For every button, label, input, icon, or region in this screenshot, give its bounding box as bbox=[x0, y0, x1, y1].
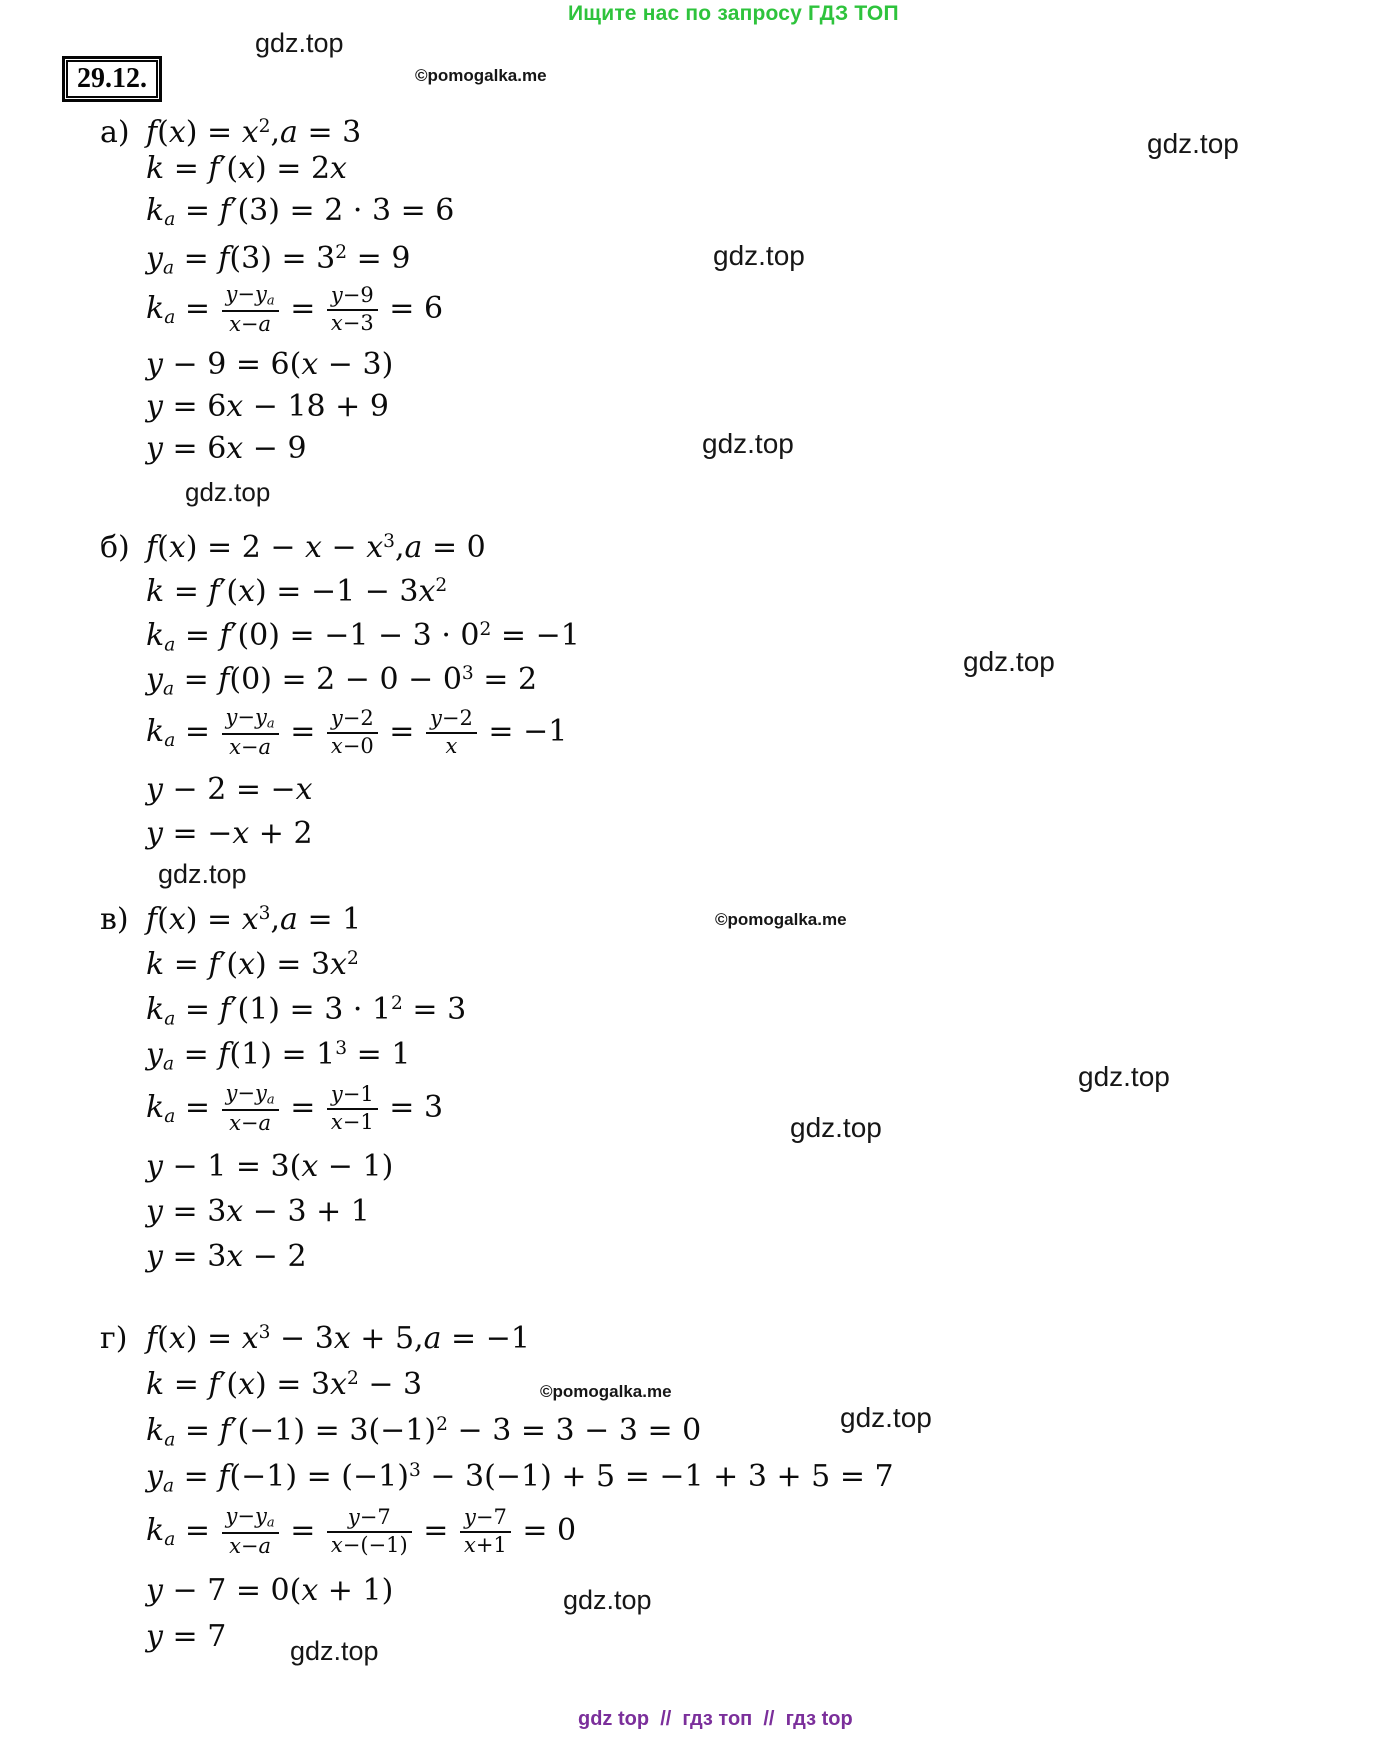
section-label: а) bbox=[100, 118, 146, 148]
pomogalka-watermark: ©pomogalka.me bbox=[540, 1382, 672, 1402]
solution-line: y − 9 = 6(x − 3) bbox=[100, 350, 1200, 380]
solution-line: б)f(x) = 2 − x − x3,a = 0 bbox=[100, 527, 1200, 557]
fraction: y−yax−a bbox=[222, 283, 279, 337]
solution-line: k = f′(x) = −1 − 3x2 bbox=[100, 571, 1200, 601]
fraction: y−yax−a bbox=[222, 1082, 279, 1136]
pomogalka-watermark: ©pomogalka.me bbox=[715, 910, 847, 930]
pomogalka-watermark: ©pomogalka.me bbox=[415, 66, 547, 86]
problem-number-box: 29.12. bbox=[62, 56, 162, 102]
solution-line: y − 2 = −x bbox=[100, 775, 1200, 805]
section-label: б) bbox=[100, 533, 146, 563]
solution-section-в: в)f(x) = x3,a = 1k = f′(x) = 3x2ka = f′(… bbox=[100, 899, 1200, 1287]
solution-line: ka = f′(−1) = 3(−1)2 − 3 = 3 − 3 = 0 bbox=[100, 1410, 1200, 1440]
solution-section-б: б)f(x) = 2 − x − x3,a = 0k = f′(x) = −1 … bbox=[100, 527, 1200, 863]
footer-links: gdz top // гдз топ // гдз top bbox=[578, 1708, 853, 1731]
solution-line: y = 3x − 2 bbox=[100, 1242, 1200, 1272]
solution-line: k = f′(x) = 3x2 bbox=[100, 944, 1200, 974]
solution-line: y = −x + 2 bbox=[100, 819, 1200, 849]
solution-line: ka = f′(3) = 2 · 3 = 6 bbox=[100, 196, 1200, 226]
solution-line: ya = f(3) = 32 = 9 bbox=[100, 238, 1200, 268]
fraction: y−yax−a bbox=[222, 706, 279, 760]
problem-number: 29.12. bbox=[66, 60, 158, 98]
gdz-watermark: gdz.top bbox=[290, 1636, 379, 1667]
solution-line: y = 3x − 3 + 1 bbox=[100, 1197, 1200, 1227]
fraction: y−7x−(−1) bbox=[327, 1506, 412, 1557]
solution-line: ka = f′(0) = −1 − 3 · 02 = −1 bbox=[100, 615, 1200, 645]
solution-line: y = 6x − 9 bbox=[100, 434, 1200, 464]
gdz-watermark: gdz.top bbox=[702, 428, 794, 460]
solution-line: y = 7 bbox=[100, 1622, 1200, 1652]
promo-banner: Ищите нас по запросу ГДЗ ТОП bbox=[568, 2, 899, 26]
gdz-watermark: gdz.top bbox=[255, 28, 344, 59]
page: Ищите нас по запросу ГДЗ ТОП 29.12. а)f(… bbox=[0, 0, 1400, 1740]
gdz-watermark: gdz.top bbox=[963, 646, 1055, 678]
gdz-watermark: gdz.top bbox=[1147, 128, 1239, 160]
gdz-watermark: gdz.top bbox=[1078, 1061, 1170, 1093]
solution-line: ka = y−yax−a = y−9x−3 = 6 bbox=[100, 280, 1200, 338]
gdz-watermark: gdz.top bbox=[840, 1402, 932, 1434]
solution-line: ka = y−yax−a = y−2x−0 = y−2x = −1 bbox=[100, 703, 1200, 761]
gdz-watermark: gdz.top bbox=[158, 859, 247, 890]
gdz-watermark: gdz.top bbox=[713, 240, 805, 272]
solution-line: y = 6x − 18 + 9 bbox=[100, 392, 1200, 422]
fraction: y−9x−3 bbox=[327, 284, 378, 335]
solution-line: в)f(x) = x3,a = 1 bbox=[100, 899, 1200, 929]
solution-line: ya = f(1) = 13 = 1 bbox=[100, 1034, 1200, 1064]
gdz-watermark: gdz.top bbox=[563, 1585, 652, 1616]
fraction: y−1x−1 bbox=[327, 1083, 378, 1134]
solution-line: г)f(x) = x3 − 3x + 5,a = −1 bbox=[100, 1318, 1200, 1348]
solution-line: ka = f′(1) = 3 · 12 = 3 bbox=[100, 989, 1200, 1019]
gdz-watermark: gdz.top bbox=[790, 1112, 882, 1144]
fraction: y−yax−a bbox=[222, 1505, 279, 1559]
solution-line: ka = y−yax−a = y−1x−1 = 3 bbox=[100, 1079, 1200, 1137]
solution-line: ya = f(−1) = (−1)3 − 3(−1) + 5 = −1 + 3 … bbox=[100, 1456, 1200, 1486]
fraction: y−2x−0 bbox=[327, 707, 378, 758]
fraction: y−7x+1 bbox=[460, 1506, 511, 1557]
solution-line: ka = y−yax−a = y−7x−(−1) = y−7x+1 = 0 bbox=[100, 1502, 1200, 1560]
gdz-watermark: gdz.top bbox=[185, 477, 270, 508]
solution-line: y − 1 = 3(x − 1) bbox=[100, 1152, 1200, 1182]
solution-line: k = f′(x) = 2x bbox=[100, 154, 1200, 184]
solution-section-а: а)f(x) = x2,a = 3k = f′(x) = 2xka = f′(3… bbox=[100, 112, 1200, 476]
section-label: г) bbox=[100, 1324, 146, 1354]
fraction: y−2x bbox=[426, 707, 477, 758]
solution-line: а)f(x) = x2,a = 3 bbox=[100, 112, 1200, 142]
section-label: в) bbox=[100, 905, 146, 935]
